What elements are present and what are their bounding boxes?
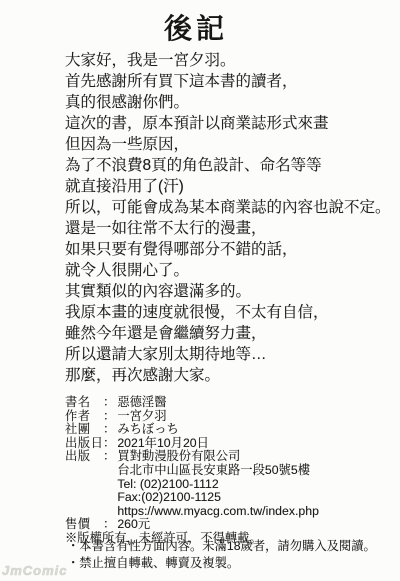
colophon-row-author: 作者 ： 一宮夕羽 [65, 410, 319, 424]
body-line: 那麼，再次感謝大家。 [65, 365, 391, 386]
colophon-colon: ： [103, 423, 115, 437]
body-line: 就直接沿用了(汗) [65, 176, 391, 197]
afterword-body: 大家好，我是一宮夕羽。 首先感謝所有買下這本書的讀者， 真的很感謝你們。 這次的… [65, 50, 391, 386]
publisher-block: 買對動漫股份有限公司 台北市中山區長安東路一段50號5樓 Tel: (02)21… [117, 450, 319, 518]
publisher-name: 買對動漫股份有限公司 [117, 450, 319, 464]
book-title-value: 惡德淫醫 [117, 396, 166, 410]
publisher-tel: Tel: (02)2100-1112 [117, 478, 319, 492]
body-line: 還是一如往常不太行的漫畫， [65, 218, 391, 239]
disclaimer-line: ・禁止擅自轉載、轉賣及複製。 [67, 555, 376, 572]
disclaimer: ・本書含有性方面內容。未滿18歲者，請勿購入及閱讀。 ・禁止擅自轉載、轉賣及複製… [67, 538, 376, 571]
colophon-colon: ： [103, 450, 115, 518]
colophon: 書名 ： 惡德淫醫 作者 ： 一宮夕羽 社團 ： みちぼっち 出版日 ： 202… [65, 396, 319, 546]
colophon-colon: ： [103, 410, 115, 424]
colophon-colon: ： [103, 396, 115, 410]
page-title: 後記 [0, 7, 392, 47]
body-line: 其實類似的內容還滿多的。 [65, 281, 391, 302]
colophon-colon: ： [103, 437, 115, 451]
colophon-row-book-title: 書名 ： 惡德淫醫 [65, 396, 319, 410]
circle-value: みちぼっち [117, 423, 179, 437]
body-line: 所以還請大家別太期待地等… [65, 344, 391, 365]
disclaimer-line: ・本書含有性方面內容。未滿18歲者，請勿購入及閱讀。 [67, 538, 376, 555]
colophon-row-publisher: 出版 ： 買對動漫股份有限公司 台北市中山區長安東路一段50號5樓 Tel: (… [65, 450, 319, 518]
colophon-label: 書名 [65, 396, 103, 410]
body-line: 大家好，我是一宮夕羽。 [65, 50, 391, 71]
colophon-label: 出版 [65, 450, 103, 518]
colophon-row-circle: 社團 ： みちぼっち [65, 423, 319, 437]
publisher-fax: Fax:(02)2100-1125 [117, 491, 319, 505]
publisher-address: 台北市中山區長安東路一段50號5樓 [117, 464, 319, 478]
colophon-row-price: 售價 ： 260元 [65, 518, 319, 532]
body-line: 就令人很開心了。 [65, 260, 391, 281]
body-line: 所以，可能會成為某本商業誌的內容也說不定。 [65, 197, 391, 218]
body-line: 首先感謝所有買下這本書的讀者， [65, 71, 391, 92]
body-line: 這次的書，原本預計以商業誌形式來畫 [65, 113, 391, 134]
body-line: 雖然今年還是會繼續努力畫， [65, 323, 391, 344]
body-line: 我原本畫的速度就很慢，不太有自信， [65, 302, 391, 323]
body-line: 為了不浪費8頁的角色設計、命名等等 [65, 155, 391, 176]
body-line: 如果只要有覺得哪部分不錯的話， [65, 239, 391, 260]
colophon-label: 社團 [65, 423, 103, 437]
watermark: JmComic [2, 563, 68, 578]
colophon-colon: ： [103, 518, 115, 532]
afterword-page: 後記 大家好，我是一宮夕羽。 首先感謝所有買下這本書的讀者， 真的很感謝你們。 … [0, 0, 400, 581]
body-line: 真的很感謝你們。 [65, 92, 391, 113]
colophon-label: 售價 [65, 518, 103, 532]
body-line: 但因為一些原因， [65, 134, 391, 155]
price-value: 260元 [117, 518, 150, 532]
